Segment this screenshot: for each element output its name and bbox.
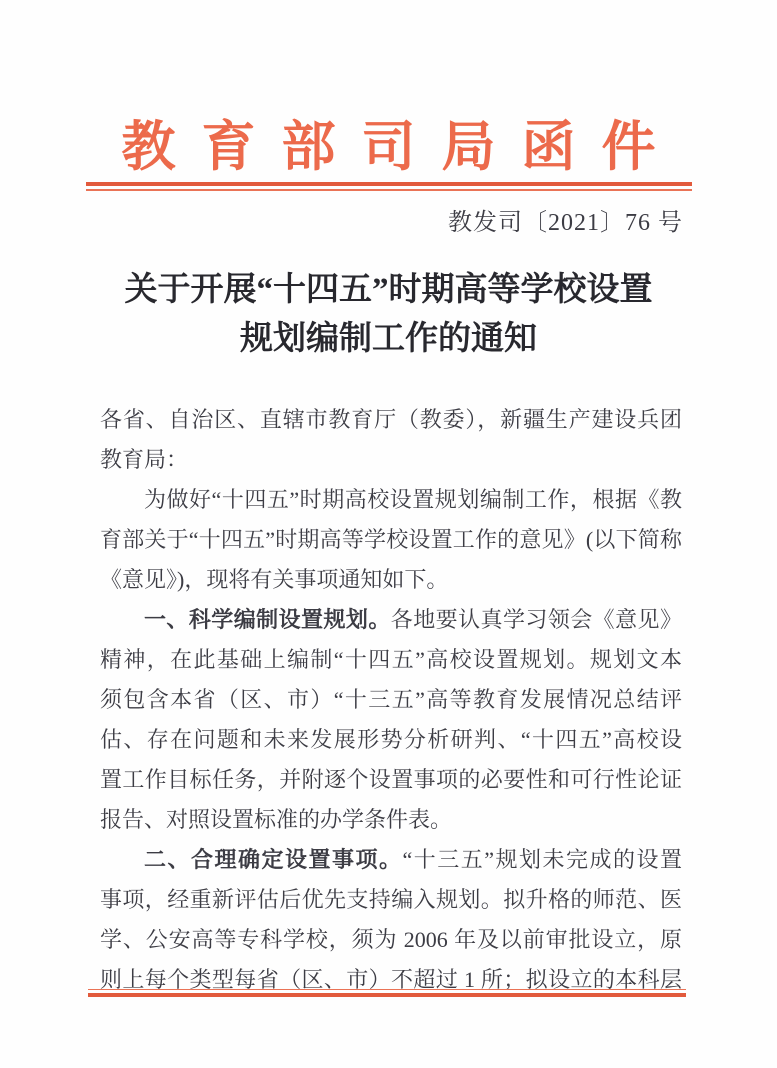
section2-line: 学、公安高等专科学校，须为 2006 年及以前审批设立，原: [100, 920, 682, 960]
salutation-line: 各省、自治区、直辖市教育厅（教委），新疆生产建设兵团: [100, 400, 682, 440]
section2-line: 事项，经重新评估后优先支持编入规划。拟升格的师范、医: [100, 880, 682, 920]
section1-heading-line: 一、科学编制设置规划。各地要认真学习领会《意见》: [100, 600, 682, 640]
footer-divider: [88, 989, 686, 997]
notice-title-line1: 关于开展“十四五”时期高等学校设置: [0, 266, 777, 315]
masthead-divider: [86, 182, 692, 191]
section1-line: 精神，在此基础上编制“十四五”高校设置规划。规划文本: [100, 640, 682, 680]
notice-title: 关于开展“十四五”时期高等学校设置 规划编制工作的通知: [0, 266, 777, 364]
letter-body: 各省、自治区、直辖市教育厅（教委），新疆生产建设兵团 教育局： 为做好“十四五”…: [100, 400, 682, 1000]
salutation-line: 教育局：: [100, 440, 682, 480]
official-letter-page: 教育部司局函件 教发司〔2021〕76 号 关于开展“十四五”时期高等学校设置 …: [0, 0, 777, 1068]
section2-heading-line: 二、合理确定设置事项。“十三五”规划未完成的设置: [100, 840, 682, 880]
section2-text: “十三五”规划未完成的设置: [402, 847, 682, 872]
section2-heading: 二、合理确定设置事项。: [144, 847, 402, 872]
section1-line: 置工作目标任务，并附逐个设置事项的必要性和可行性论证: [100, 760, 682, 800]
section1-line: 报告、对照设置标准的办学条件表。: [100, 800, 682, 840]
notice-title-line2: 规划编制工作的通知: [0, 315, 777, 364]
intro-line: 育部关于“十四五”时期高等学校设置工作的意见》(以下简称: [100, 520, 682, 560]
intro-line: 《意见》)，现将有关事项通知如下。: [100, 560, 682, 600]
section1-heading: 一、科学编制设置规划。: [144, 607, 391, 632]
section1-line: 估、存在问题和未来发展形势分析研判、“十四五”高校设: [100, 720, 682, 760]
section1-text: 各地要认真学习领会《意见》: [391, 607, 682, 632]
section1-line: 须包含本省（区、市）“十三五”高等教育发展情况总结评: [100, 680, 682, 720]
document-number: 教发司〔2021〕76 号: [448, 202, 683, 237]
masthead-title: 教育部司局函件: [0, 104, 777, 181]
intro-line: 为做好“十四五”时期高校设置规划编制工作，根据《教: [100, 480, 682, 520]
